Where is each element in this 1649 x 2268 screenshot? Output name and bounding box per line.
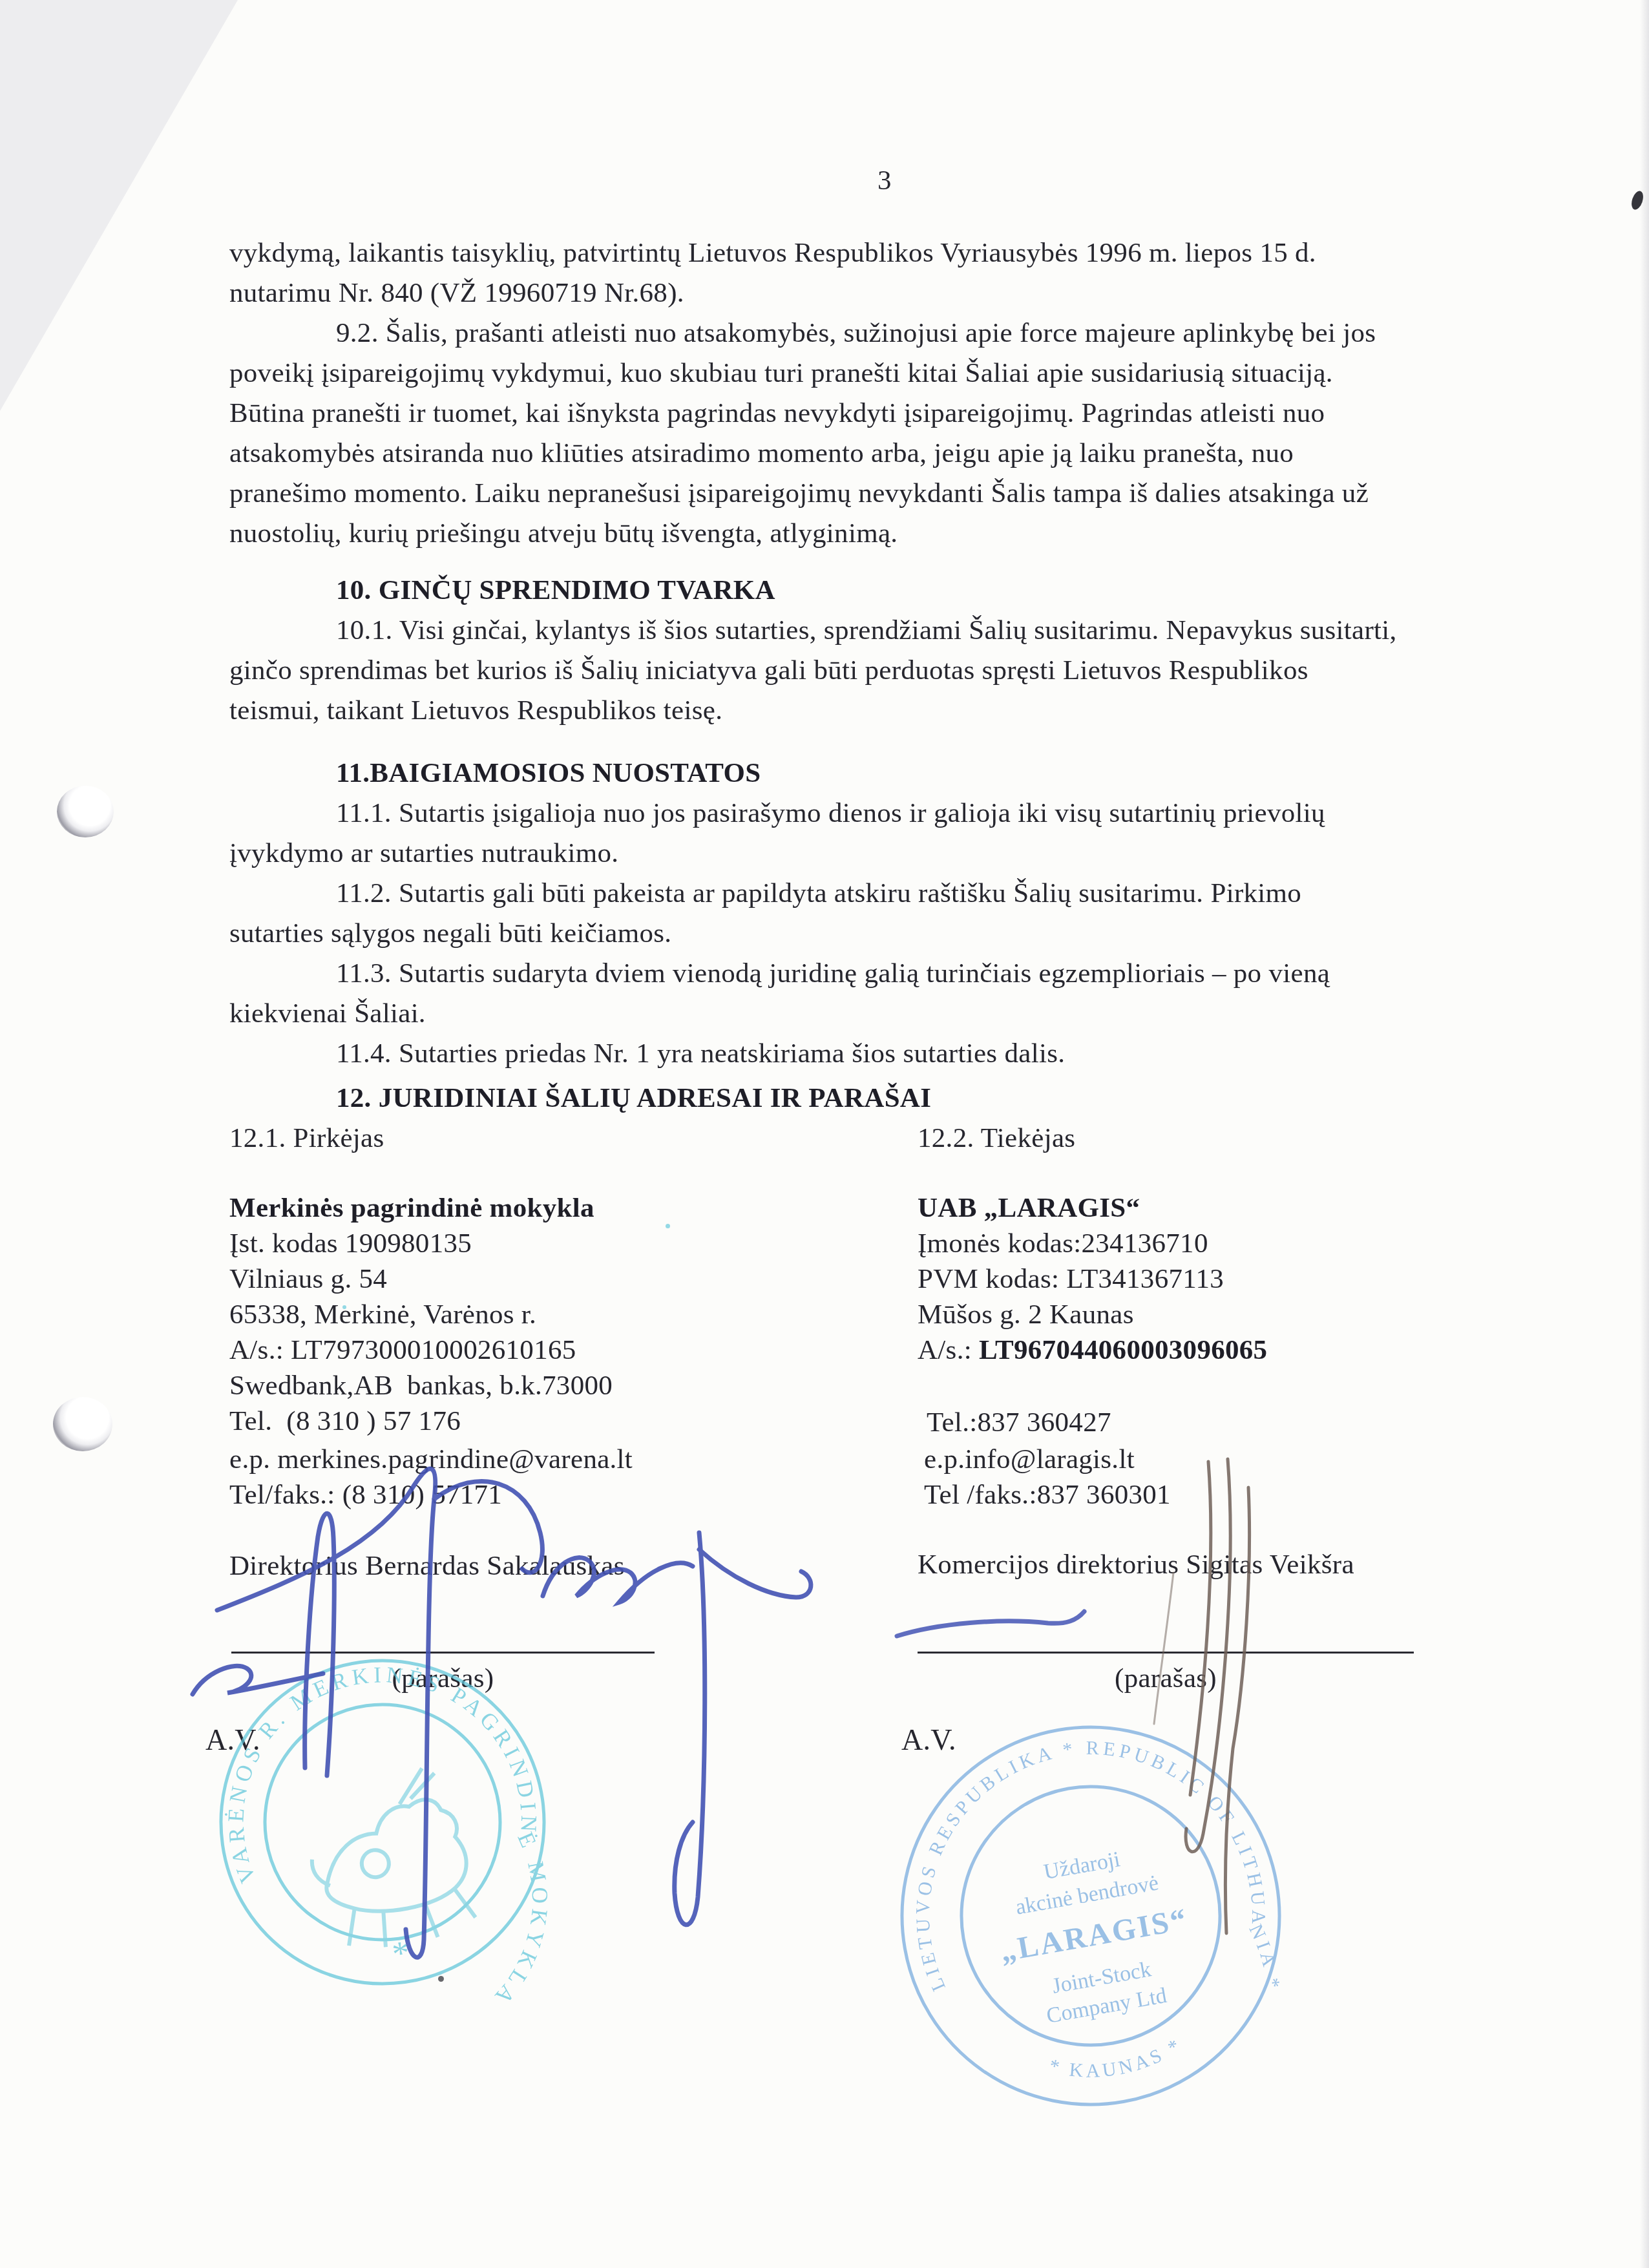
paragraph-line: teismui, taikant Lietuvos Respublikos te… [229,697,722,724]
section-heading-11: 11.BAIGIAMOSIOS NUOSTATOS [336,759,761,787]
binder-hole-artifact [57,786,114,837]
buyer-fax: Tel/faks.: (8 310) 57171 [229,1481,502,1509]
binder-hole-artifact [53,1397,112,1451]
paragraph-line: 11.4. Sutarties priedas Nr. 1 yra neatsk… [336,1040,1065,1067]
supplier-account-label: A/s.: [918,1335,979,1365]
buyer-bank: Swedbank,AB bankas, b.k.73000 [229,1372,613,1400]
section-heading-10: 10. GINČŲ SPRENDIMO TVARKA [336,576,775,604]
page-number: 3 [877,167,892,194]
school-stamp-ring-text: VARĖNOS R. MERKINĖS PAGRINDINĖ MOKYKLA [202,1642,569,2048]
paragraph-line: pranešimo momento. Laiku nepranešusi įsi… [229,479,1369,507]
supplier-director: Komercijos direktorius Sigitas Veikšra [918,1551,1354,1579]
buyer-name: Merkinės pagrindinė mokykla [229,1194,594,1222]
supplier-email: e.p.info@laragis.lt [924,1445,1135,1473]
paragraph-line: kiekvienai Šaliai. [229,1000,426,1027]
supplier-signature-line [918,1652,1414,1654]
supplier-vat: PVM kodas: LT341367113 [918,1265,1224,1293]
paragraph-line: įvykdymo ar sutarties nutraukimo. [229,839,618,867]
buyer-code: Įst. kodas 190980135 [229,1230,472,1257]
paragraph-line: 9.2. Šalis, prašanti atleisti nuo atsako… [336,319,1376,347]
supplier-account: A/s.: LT967044060003096065 [918,1336,1267,1364]
supplier-name: UAB „LARAGIS“ [918,1194,1140,1222]
buyer-label: 12.1. Pirkėjas [229,1124,384,1152]
buyer-director: Direktorius Bernardas Sakalauskas [229,1552,625,1580]
paragraph-line: nutarimu Nr. 840 (VŽ 19960719 Nr.68). [229,279,684,307]
supplier-street: Mūšos g. 2 Kaunas [918,1301,1134,1328]
supplier-label: 12.2. Tiekėjas [918,1124,1075,1152]
paragraph-line: atsakomybės atsiranda nuo kliūties atsir… [229,439,1294,467]
stamp-ink-speck [666,1224,670,1228]
page-corner-fold-artifact [0,0,246,420]
paragraph-line: 10.1. Visi ginčai, kylantys iš šios suta… [336,616,1397,644]
paragraph-line: 11.2. Sutartis gali būti pakeista ar pap… [336,879,1301,907]
laragis-round-stamp: LIETUVOS RESPUBLIKA * REPUBLIC OF LITHUA… [851,1676,1330,2155]
scanned-contract-page: 3 vykdymą, laikantis taisyklių, patvirti… [0,0,1649,2268]
paragraph-line: nuostolių, kurių priešingu atveju būtų i… [229,520,898,547]
supplier-parasas-caption: (parašas) [918,1664,1414,1692]
school-stamp-star: * [390,1934,412,1973]
paragraph-line: sutarties sąlygos negali būti keičiamos. [229,919,671,947]
school-round-stamp: VARĖNOS R. MERKINĖS PAGRINDINĖ MOKYKLA * [185,1625,580,2019]
paragraph-line: ginčo sprendimas bet kurios iš Šalių ini… [229,656,1308,684]
supplier-code: Įmonės kodas:234136710 [918,1230,1208,1257]
buyer-phone: Tel. (8 310 ) 57 176 [229,1407,461,1435]
school-stamp-outer-ring [200,1640,565,2005]
paragraph-line: poveikį įsipareigojimų vykdymui, kuo sku… [229,359,1333,387]
paragraph-line: vykdymą, laikantis taisyklių, patvirtint… [229,239,1316,267]
supplier-account-number: LT967044060003096065 [979,1335,1267,1365]
section-heading-12: 12. JURIDINIAI ŠALIŲ ADRESAI IR PARAŠAI [336,1084,931,1112]
buyer-account: A/s.: LT797300010002610165 [229,1336,576,1364]
paragraph-line: 11.1. Sutartis įsigalioja nuo jos pasira… [336,799,1325,827]
paragraph-line: 11.3. Sutartis sudaryta dviem vienodą ju… [336,960,1330,987]
supplier-signature-flourish [897,1612,1084,1636]
school-stamp-graphic: VARĖNOS R. MERKINĖS PAGRINDINĖ MOKYKLA * [185,1625,580,2019]
buyer-street: Vilniaus g. 54 [229,1265,387,1293]
supplier-fax: Tel /faks.:837 360301 [924,1481,1171,1509]
paragraph-line: Būtina pranešti ir tuomet, kai išnyksta … [229,399,1325,427]
laragis-stamp-graphic: LIETUVOS RESPUBLIKA * REPUBLIC OF LITHUA… [851,1676,1330,2155]
scan-right-edge-shadow [1640,0,1649,2268]
buyer-city: 65338, Merkinė, Varėnos r. [229,1301,536,1328]
buyer-email: e.p. merkines.pagrindine@varena.lt [229,1445,633,1473]
supplier-phone: Tel.:837 360427 [927,1409,1111,1436]
